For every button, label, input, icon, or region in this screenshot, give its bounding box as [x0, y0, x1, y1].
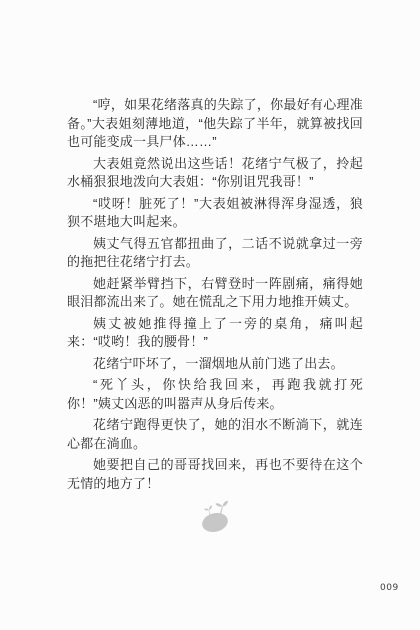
- paragraph: “死丫头，你快给我回来，再跑我就打死你！”姨丈凶恶的叫嚣声从身后传来。: [67, 376, 363, 413]
- paragraph: 她赶紧举臂挡下，右臂登时一阵剧痛，痛得她眼泪都流出来了。她在慌乱之下用力地推开姨…: [67, 275, 363, 312]
- paragraph: 大表姐竟然说出这些话！花绪宁气极了，拎起水桶狠狠地泼向大表姐：“你别诅咒我哥！”: [67, 155, 363, 192]
- paragraph: “哎呀！脏死了！”大表姐被淋得浑身湿透，狼狈不堪地大叫起来。: [67, 195, 363, 232]
- paragraph: 姨丈被她推得撞上了一旁的桌角，痛叫起来：“哎哟！我的腰骨！”: [67, 315, 363, 352]
- body-text: “哼，如果花绪落真的失踪了，你最好有心理准备。”大表姐刻薄地道，“他失踪了半年，…: [67, 96, 363, 496]
- paragraph: 花绪宁跑得更快了，她的泪水不断淌下，就连心都在淌血。: [67, 416, 363, 453]
- page-number: 009: [380, 583, 399, 593]
- paragraph: “哼，如果花绪落真的失踪了，你最好有心理准备。”大表姐刻薄地道，“他失踪了半年，…: [67, 96, 363, 152]
- paragraph: 花绪宁吓坏了，一溜烟地从前门逃了出去。: [67, 355, 363, 374]
- tomato-sprout-icon: [197, 498, 235, 534]
- paragraph: 她要把自己的哥哥找回来，再也不要待在这个无情的地方了！: [67, 456, 363, 493]
- book-page: “哼，如果花绪落真的失踪了，你最好有心理准备。”大表姐刻薄地道，“他失踪了半年，…: [0, 0, 420, 630]
- paragraph: 姨丈气得五官都扭曲了，二话不说就拿过一旁的拖把往花绪宁打去。: [67, 235, 363, 272]
